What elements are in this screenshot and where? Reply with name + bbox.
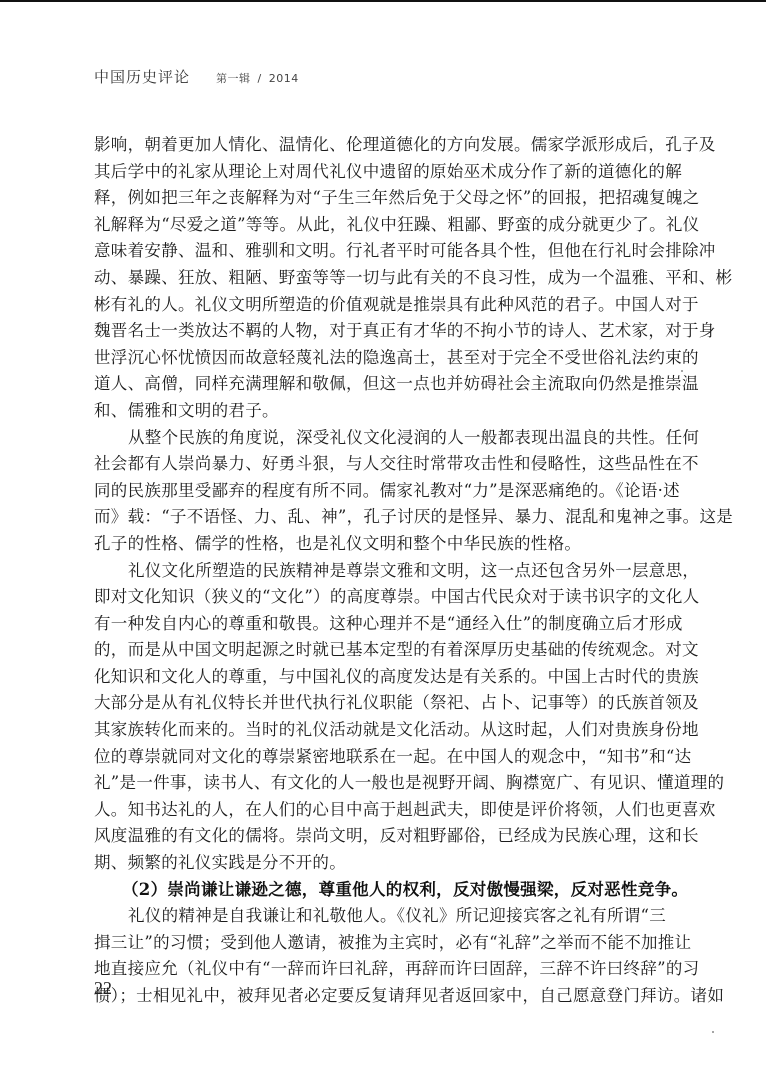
text-line: 彬有礼的人。礼仪文明所塑造的价值观就是推崇具有此种风范的君子。中国人对于 [94,292,674,319]
paragraph-start-line: 礼仪的精神是自我谦让和礼敬他人。《仪礼》所记迎接宾客之礼有所谓“三 [94,903,674,930]
text-line: 大部分是从有礼仪特长并世代执行礼仪职能（祭祀、占卜、记事等）的氏族首领及 [94,690,674,717]
issue-label: 第一辑 [216,72,251,85]
text-line: 同的民族那里受鄙弃的程度有所不同。儒家礼教对“力”是深恶痛绝的。《论语·述 [94,478,674,505]
issue-separator: / [258,72,262,85]
text-line: 礼”是一件事，读书人、有文化的人一般也是视野开阔、胸襟宽广、有见识、懂道理的 [94,770,674,797]
paragraph-start-line: 礼仪文化所塑造的民族精神是尊崇文雅和文明，这一点还包含另外一层意思， [94,558,674,585]
issue-info: 第一辑/2014 [216,70,299,86]
text-line: 释，例如把三年之丧解释为对“子生三年然后免于父母之怀”的回报，把招魂复魄之 [94,185,674,212]
text-line: 化知识和文化人的尊重，与中国礼仪的高度发达是有关系的。中国上古时代的贵族 [94,664,674,691]
scan-speck [712,1031,714,1033]
running-header: 中国历史评论 第一辑/2014 [94,66,299,86]
paragraph-start-line: 从整个民族的角度说，深受礼仪文化浸润的人一般都表现出温良的共性。任何 [94,425,674,452]
text-line: 社会都有人崇尚暴力、好勇斗狠，与人交往时常带攻击性和侵略性，这些品性在不 [94,451,674,478]
text-line: 而》载：“子不语怪、力、乱、神”，孔子讨厌的是怪异、暴力、混乱和鬼神之事。这是 [94,504,674,531]
section-heading: （2）崇尚谦让谦逊之德，尊重他人的权利，反对傲慢强梁，反对恶性竞争。 [94,877,674,904]
scan-speck [681,370,683,372]
top-border-rule [0,0,766,2]
body-text: 影响，朝着更加人情化、温情化、伦理道德化的方向发展。儒家学派形成后，孔子及 其后… [94,132,674,1010]
text-line: 的，而是从中国文明起源之时就已基本定型的有着深厚历史基础的传统观念。对文 [94,637,674,664]
text-line: 孔子的性格、儒学的性格，也是礼仪文明和整个中华民族的性格。 [94,531,674,558]
issue-year: 2014 [269,72,299,85]
text-line: 影响，朝着更加人情化、温情化、伦理道德化的方向发展。儒家学派形成后，孔子及 [94,132,674,159]
text-line: 和、儒雅和文明的君子。 [94,398,674,425]
text-line: 世浮沉心怀忧愤因而故意轻蔑礼法的隐逸高士，甚至对于完全不受世俗礼法约束的 [94,345,674,372]
text-line: 位的尊崇就同对文化的尊崇紧密地联系在一起。在中国人的观念中，“知书”和“达 [94,744,674,771]
text-line: 魏晋名士一类放达不羁的人物，对于真正有才华的不拘小节的诗人、艺术家，对于身 [94,318,674,345]
text-line: 即对文化知识（狭义的“文化”）的高度尊崇。中国古代民众对于读书识字的文化人 [94,584,674,611]
journal-title: 中国历史评论 [94,66,190,87]
text-line: 礼解释为“尽爱之道”等等。从此，礼仪中狂躁、粗鄙、野蛮的成分就更少了。礼仪 [94,212,674,239]
page-number: 22 [94,978,112,999]
text-line: 惯）；士相见礼中，被拜见者必定要反复请拜见者返回家中，自己愿意登门拜访。诸如 [94,983,674,1010]
text-line: 意味着安静、温和、雅驯和文明。行礼者平时可能各具个性，但他在行礼时会排除冲 [94,238,674,265]
text-line: 揖三让”的习惯；受到他人邀请，被推为主宾时，必有“礼辞”之举而不能不加推让 [94,930,674,957]
text-line: 风度温雅的有文化的儒将。崇尚文明，反对粗野鄙俗，已经成为民族心理，这和长 [94,823,674,850]
text-line: 地直接应允（礼仪中有“一辞而许曰礼辞，再辞而许曰固辞，三辞不许曰终辞”的习 [94,956,674,983]
text-line: 期、频繁的礼仪实践是分不开的。 [94,850,674,877]
text-line: 人。知书达礼的人，在人们的心目中高于赳赳武夫，即使是评价将领，人们也更喜欢 [94,797,674,824]
text-line: 有一种发自内心的尊重和敬畏。这种心理并不是“通经入仕”的制度确立后才形成 [94,611,674,638]
text-line: 其后学中的礼家从理论上对周代礼仪中遗留的原始巫术成分作了新的道德化的解 [94,159,674,186]
text-line: 动、暴躁、狂放、粗陋、野蛮等等一切与此有关的不良习性，成为一个温雅、平和、彬 [94,265,674,292]
text-line: 其家族转化而来的。当时的礼仪活动就是文化活动。从这时起，人们对贵族身份地 [94,717,674,744]
text-line: 道人、高僧，同样充满理解和敬佩，但这一点也并妨碍社会主流取向仍然是推崇温 [94,371,674,398]
